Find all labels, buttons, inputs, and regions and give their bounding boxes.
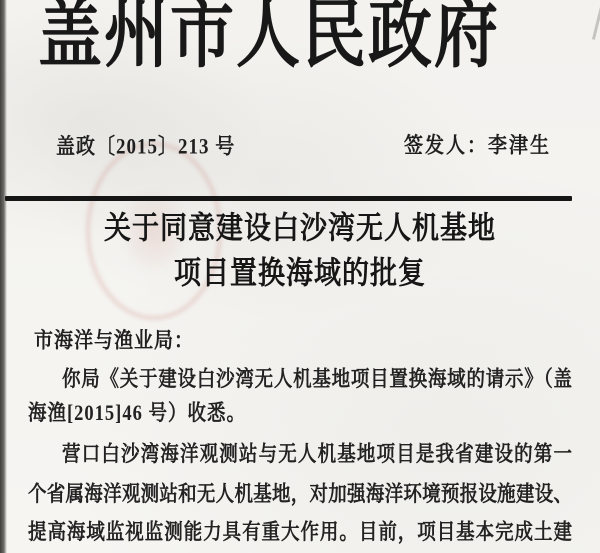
- scan-mark-top-right: [592, 6, 600, 40]
- government-header-title: 盖州市人民政府: [38, 0, 500, 73]
- document-number: 盖政〔2015〕213 号: [56, 136, 235, 158]
- header-divider-rule: [5, 196, 572, 201]
- body-paragraph1-line2: 海渔[2015]46 号）收悉。: [28, 400, 572, 428]
- body-paragraph1-line1: 你局《关于建设白沙湾无人机基地项目置换海域的请示》（盖: [28, 366, 572, 394]
- body-paragraph2-line3: 提高海域监视监测能力具有重大作用。目前，项目基本完成土建: [28, 519, 572, 547]
- addressee-line: 市海洋与渔业局：: [34, 330, 194, 352]
- body-paragraph2-line1: 营口白沙湾海洋观测站与无人机基地项目是我省建设的第一: [28, 441, 572, 469]
- document-title-line1: 关于同意建设白沙湾无人机基地: [0, 213, 600, 244]
- body-paragraph2-line2: 个省属海洋观测站和无人机基地，对加强海洋环境预报设施建设、: [28, 481, 572, 509]
- issuer-name: 签发人：李津生: [404, 135, 551, 157]
- document-title-line2: 项目置换海域的批复: [0, 258, 600, 289]
- document-page: 盖州市人民政府 盖政〔2015〕213 号 签发人：李津生 关于同意建设白沙湾无…: [0, 0, 600, 553]
